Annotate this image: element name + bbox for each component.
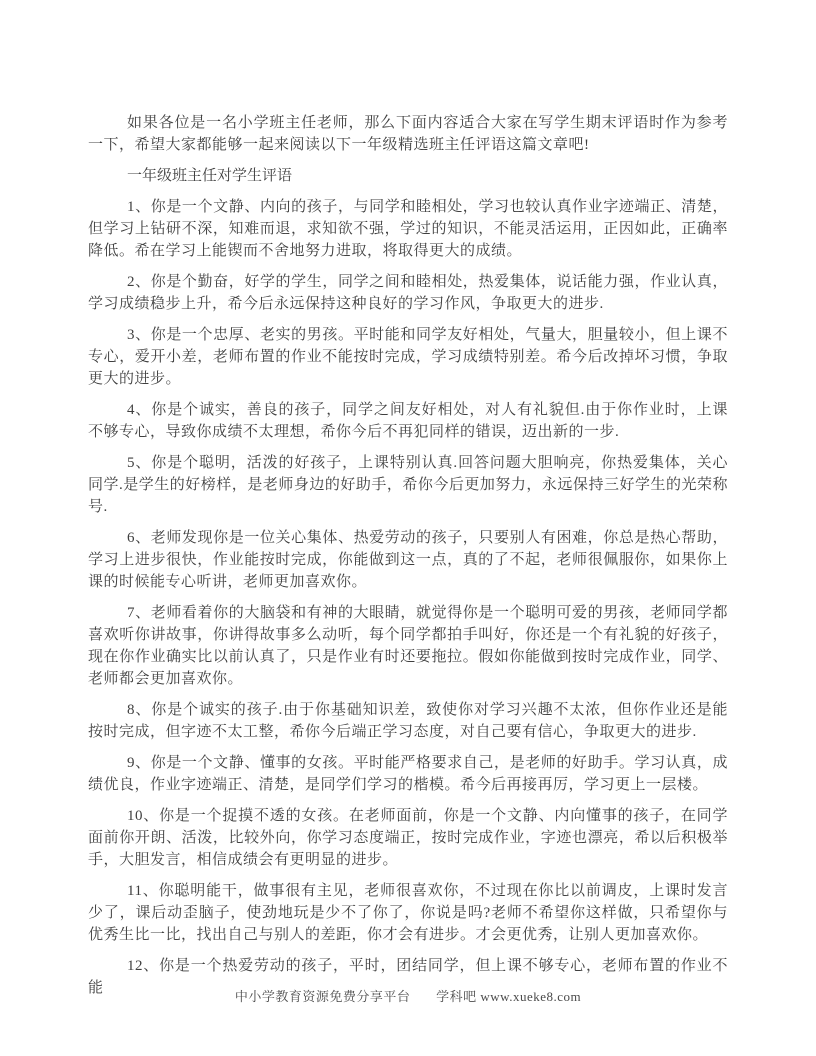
comment-paragraph-10: 10、你是一个捉摸不透的女孩。在老师面前，你是一个文静、内向懂事的孩子，在同学面… — [88, 805, 728, 871]
comment-paragraph-2: 2、你是个勤奋，好学的学生，同学之间和睦相处，热爱集体，说话能力强，作业认真，学… — [88, 271, 728, 315]
comment-paragraph-4: 4、你是个诚实，善良的孩子，同学之间友好相处，对人有礼貌但.由于你作业时，上课不… — [88, 399, 728, 443]
comment-paragraph-5: 5、你是个聪明，活泼的好孩子，上课特别认真.回答问题大胆响亮，你热爱集体，关心同… — [88, 452, 728, 518]
comment-paragraph-3: 3、你是一个忠厚、老实的男孩。平时能和同学友好相处，气量大，胆量较小，但上课不专… — [88, 324, 728, 390]
document-body: 如果各位是一名小学班主任老师，那么下面内容适合大家在写学生期末评语时作为参考一下… — [88, 112, 728, 1008]
document-heading: 一年级班主任对学生评语 — [88, 165, 728, 187]
comment-paragraph-9: 9、你是一个文静、懂事的女孩。平时能严格要求自己，是老师的好助手。学习认真，成绩… — [88, 752, 728, 796]
intro-paragraph: 如果各位是一名小学班主任老师，那么下面内容适合大家在写学生期末评语时作为参考一下… — [88, 112, 728, 156]
comment-paragraph-7: 7、老师看着你的大脑袋和有神的大眼睛，就觉得你是一个聪明可爱的男孩，老师同学都喜… — [88, 602, 728, 690]
document-page: 如果各位是一名小学班主任老师，那么下面内容适合大家在写学生期末评语时作为参考一下… — [0, 0, 816, 1056]
comment-paragraph-11: 11、你聪明能干，做事很有主见，老师很喜欢你，不过现在你比以前调皮，上课时发言少… — [88, 880, 728, 946]
footer-platform-text: 中小学教育资源免费分享平台 — [235, 988, 411, 1006]
page-footer: 中小学教育资源免费分享平台 学科吧 www.xueke8.com — [0, 988, 816, 1006]
comment-paragraph-1: 1、你是一个文静、内向的孩子，与同学和睦相处，学习也较认真作业字迹端正、清楚，但… — [88, 196, 728, 262]
comment-paragraph-8: 8、你是个诚实的孩子.由于你基础知识差，致使你对学习兴趣不太浓，但你作业还是能按… — [88, 699, 728, 743]
comment-paragraph-6: 6、老师发现你是一位关心集体、热爱劳动的孩子，只要别人有困难，你总是热心帮助，学… — [88, 527, 728, 593]
footer-site-text: 学科吧 www.xueke8.com — [436, 988, 581, 1006]
